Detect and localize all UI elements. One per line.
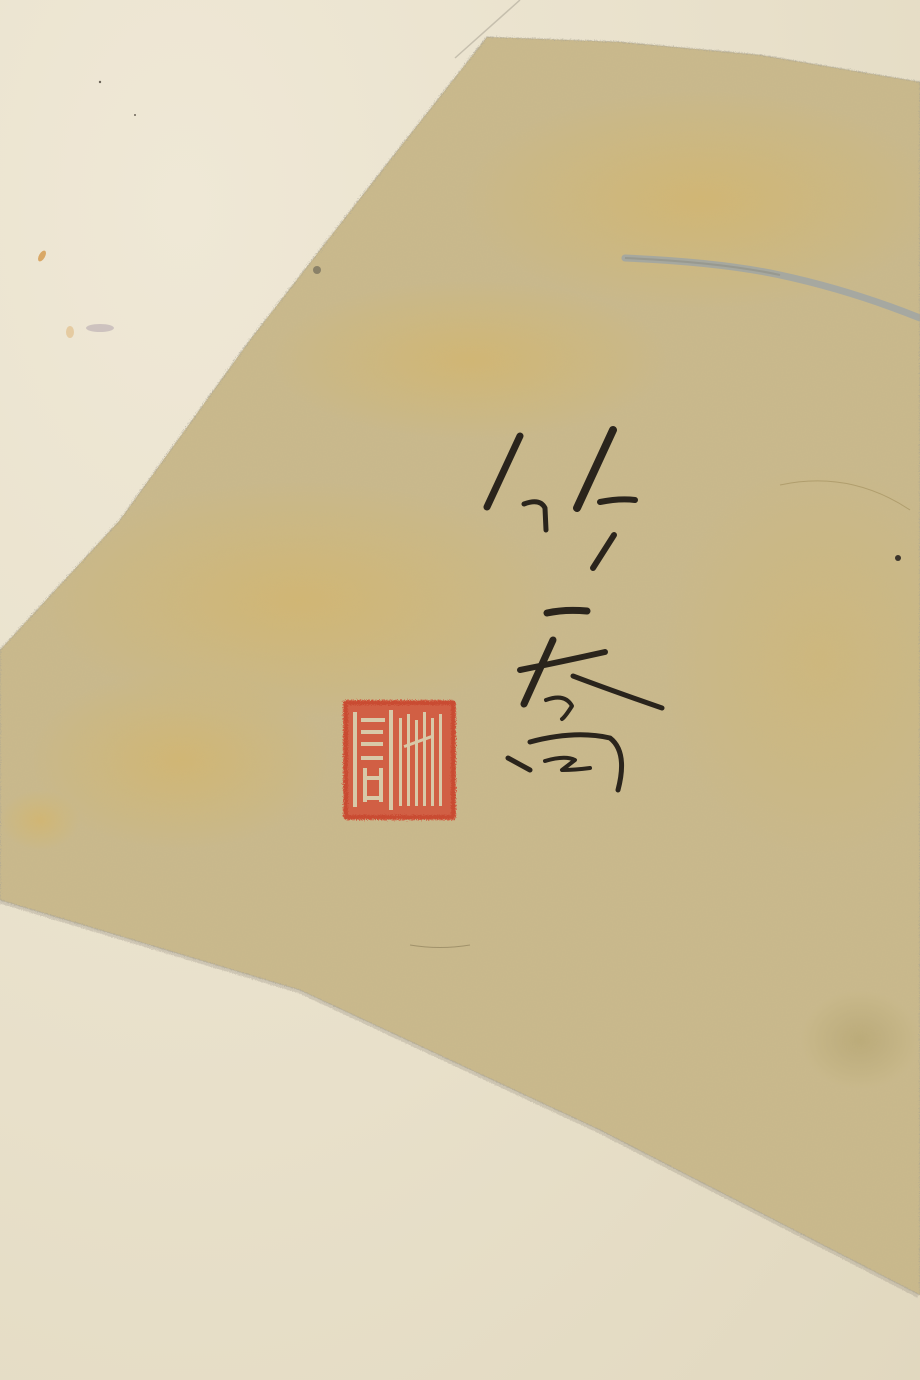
tan-painting-panel — [0, 0, 920, 1380]
red-seal — [343, 700, 456, 820]
painting-photo: 竹喬 Square red seal impression Detail of … — [0, 0, 920, 1380]
painting-svg — [0, 0, 920, 1380]
